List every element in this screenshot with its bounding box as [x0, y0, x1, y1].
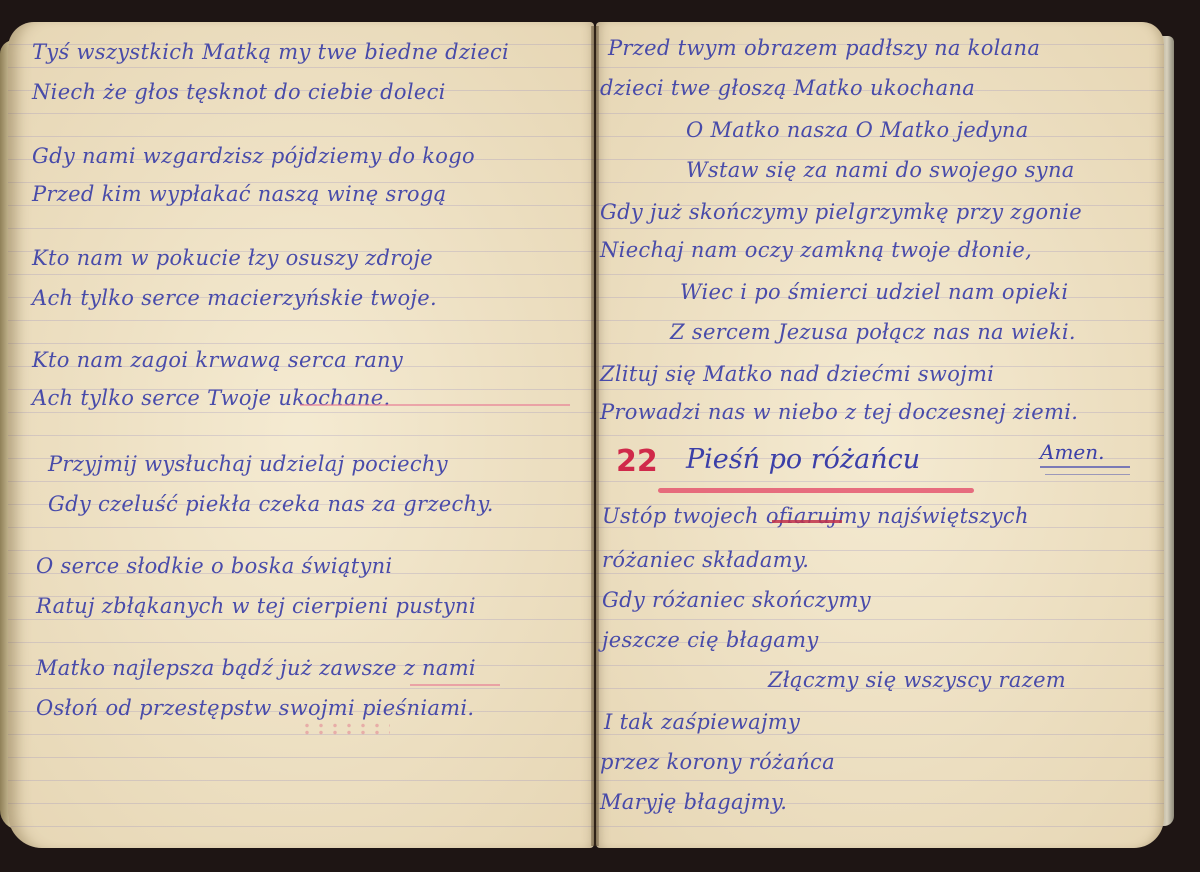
song-line-5: Złączmy się wszyscy razem — [768, 668, 1066, 692]
red-ink-blot — [300, 722, 390, 736]
crossed-out-word-strike — [772, 520, 842, 523]
right-line-6: Niechaj nam oczy zamkną twoje dłonie, — [600, 238, 1032, 262]
amen-underline — [1040, 466, 1130, 468]
section-title-underline — [658, 488, 974, 493]
song-line-1: Ustóp twojech ofiarujmy najświętszych — [602, 504, 1029, 528]
left-line-13: Matko najlepsza bądź już zawsze z nami — [36, 656, 476, 680]
right-line-1: Przed twym obrazem padłszy na kolana — [608, 36, 1040, 60]
song-line-7: przez korony różańca — [600, 750, 835, 774]
binding-gutter — [591, 26, 599, 846]
left-line-8: Ach tylko serce Twoje ukochane. — [32, 386, 390, 410]
right-line-5: Gdy już skończymy pielgrzymkę przy zgoni… — [600, 200, 1082, 224]
right-line-9: Zlituj się Matko nad dziećmi swojmi — [600, 362, 994, 386]
left-line-5: Kto nam w pokucie łzy osuszy zdroje — [32, 246, 433, 270]
right-line-10: Prowadzi nas w niebo z tej doczesnej zie… — [600, 400, 1078, 424]
red-margin-mark — [300, 404, 570, 406]
right-line-8: Z sercem Jezusa połącz nas na wieki. — [670, 320, 1076, 344]
section-number: 22 — [616, 444, 658, 479]
right-line-7: Wiec i po śmierci udziel nam opieki — [680, 280, 1068, 304]
left-line-4: Przed kim wypłakać naszą winę srogą — [32, 182, 446, 206]
song-line-8: Maryję błagajmy. — [600, 790, 787, 814]
left-line-14: Osłoń od przestępstw swojmi pieśniami. — [36, 696, 474, 720]
song-line-3: Gdy różaniec skończymy — [602, 588, 871, 612]
song-line-4: jeszcze cię błagamy — [602, 628, 819, 652]
right-line-4: Wstaw się za nami do swojego syna — [686, 158, 1075, 182]
right-line-3: O Matko nasza O Matko jedyna — [686, 118, 1029, 142]
left-line-6: Ach tylko serce macierzyńskie twoje. — [32, 286, 437, 310]
song-line-2: różaniec składamy. — [602, 548, 809, 572]
left-line-7: Kto nam zagoi krwawą serca rany — [32, 348, 403, 372]
amen-underline-secondary — [1045, 474, 1130, 475]
left-line-1: Tyś wszystkich Matką my twe biedne dziec… — [32, 40, 509, 64]
section-title: Pieśń po różańcu — [686, 444, 920, 475]
left-line-11: O serce słodkie o boska świątyni — [36, 554, 392, 578]
left-line-9: Przyjmij wysłuchaj udzielaj pociechy — [48, 452, 448, 476]
red-underline-mark — [410, 684, 500, 686]
notebook-spread: Tyś wszystkich Matką my twe biedne dziec… — [0, 0, 1200, 872]
left-line-3: Gdy nami wzgardzisz pójdziemy do kogo — [32, 144, 475, 168]
closing-amen: Amen. — [1040, 440, 1104, 464]
left-line-10: Gdy czeluść piekła czeka nas za grzechy. — [48, 492, 494, 516]
left-line-2: Niech że głos tęsknot do ciebie doleci — [32, 80, 446, 104]
song-line-6: I tak zaśpiewajmy — [604, 710, 800, 734]
left-line-12: Ratuj zbłąkanych w tej cierpieni pustyni — [36, 594, 476, 618]
right-line-2: dzieci twe głoszą Matko ukochana — [600, 76, 975, 100]
